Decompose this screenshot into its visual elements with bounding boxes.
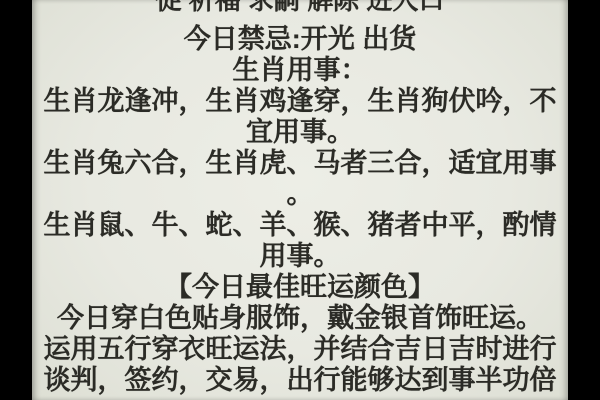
text-line-zodiac-favorable-1: 生肖兔六合，生肖虎、马者三合，适宜用事 (32, 148, 568, 179)
text-line-taboo-list-clipped: 促 祈福 求嗣 解除 进人口 (32, 0, 568, 16)
text-line-zodiac-heading: 生肖用事： (32, 55, 568, 86)
text-line-wuxing-advice-2: 谈判，签约，交易，出行能够达到事半功倍 (32, 365, 568, 396)
text-line-lucky-color-advice: 今日穿白色贴身服饰，戴金银首饰旺运。 (32, 303, 568, 334)
text-line-zodiac-clash-1: 生肖龙逢冲，生肖鸡逢穿，生肖狗伏吟，不 (32, 86, 568, 117)
text-line-zodiac-neutral-2: 用事。 (32, 241, 568, 272)
text-line-zodiac-favorable-2: 。 (32, 179, 568, 210)
text-line-lucky-color-heading: 【今日最佳旺运颜色】 (32, 272, 568, 303)
text-column: 促 祈福 求嗣 解除 进人口 今日禁忌:开光 出货 生肖用事： 生肖龙逢冲，生肖… (32, 0, 568, 396)
screen: 促 祈福 求嗣 解除 进人口 今日禁忌:开光 出货 生肖用事： 生肖龙逢冲，生肖… (0, 0, 600, 400)
text-line-wuxing-advice-1: 运用五行穿衣旺运法，并结合吉日吉时进行 (32, 334, 568, 365)
almanac-page: 促 祈福 求嗣 解除 进人口 今日禁忌:开光 出货 生肖用事： 生肖龙逢冲，生肖… (32, 0, 568, 400)
text-line-today-taboo: 今日禁忌:开光 出货 (32, 24, 568, 55)
letterbox-left-bar (0, 0, 32, 400)
letterbox-right-bar (568, 0, 600, 400)
text-line-zodiac-neutral-1: 生肖鼠、牛、蛇、羊、猴、猪者中平，酌情 (32, 210, 568, 241)
text-line-zodiac-clash-2: 宜用事。 (32, 117, 568, 148)
